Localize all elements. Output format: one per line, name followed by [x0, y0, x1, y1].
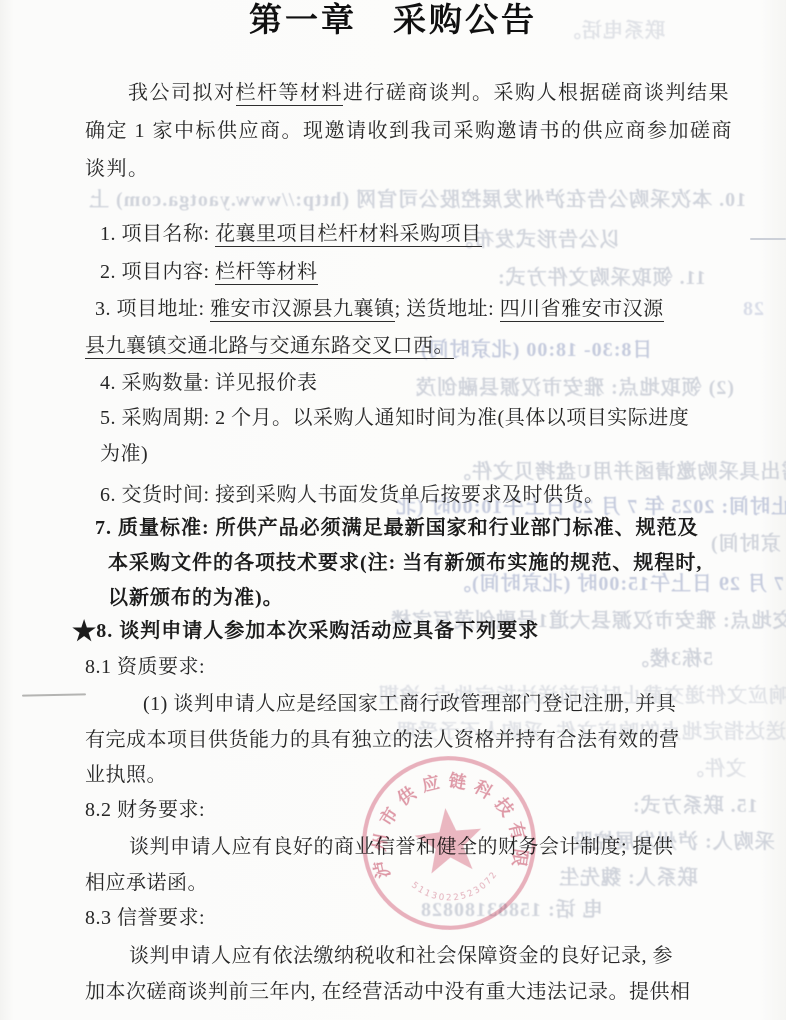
item-requirements-heading: ★8. 谈判申请人参加本次采购活动应具备下列要求 — [72, 618, 539, 644]
bleed-text: 5栋3楼。 — [628, 642, 713, 671]
company-seal-stamp: 泸州市供应链科技有限公司 5113022523072 — [349, 743, 549, 943]
bleed-text: 11. 领取采购文件方式: — [497, 261, 706, 290]
item-quality-line-3: 以新颁布的为准)。 — [108, 585, 284, 611]
item-project-content: 2. 项目内容: 栏杆等材料 — [100, 259, 318, 285]
underlined-project-content: 栏杆等材料 — [215, 261, 318, 285]
bleed-text: (2) 领取地点: 雅安市汉源县融创茂 — [415, 371, 734, 400]
section-8-3-line-2: 加本次磋商谈判前三年内, 在经营活动中没有重大违法记录。提供相 — [85, 979, 691, 1005]
item-quantity: 4. 采购数量: 详见报价表 — [100, 370, 318, 396]
underlined-project-name: 花襄里项目栏杆材料采购项目 — [215, 223, 482, 247]
section-8-1-line-2: 有完成本项目供货能力的具有独立的法人资格并持有合法有效的营 — [85, 727, 680, 753]
scanned-document-page: 联系电话。 10. 本次采购公告在泸州发展控股公司官网 (http://www.… — [0, 0, 786, 1020]
underlined-delivery-address: 四川省雅安市汉源 — [500, 298, 664, 322]
scan-artifact-line — [22, 693, 86, 696]
section-8-2-line-2: 相应承诺函。 — [85, 870, 208, 896]
underlined-project-address: 雅安市汉源县九襄镇 — [210, 298, 395, 322]
item-period-cont: 为准) — [100, 441, 148, 467]
star-icon: ★ — [72, 616, 96, 646]
section-8-3-line-1: 谈判申请人应有依法缴纳税收和社会保障资金的良好记录, 参 — [129, 943, 673, 969]
section-8-1-line-1: (1) 谈判申请人应是经国家工商行政管理部门登记注册, 并具 — [143, 691, 676, 717]
underlined-material: 栏杆等材料 — [236, 82, 344, 106]
bleed-text: 日8:30- 18:00 (北京时间) — [420, 333, 652, 362]
scan-artifact-line — [750, 238, 786, 240]
intro-line-1: 我公司拟对栏杆等材料进行磋商谈判。采购人根据磋商谈判结果 — [128, 80, 730, 106]
seal-serial-number: 5113022523072 — [408, 868, 503, 908]
item-period: 5. 采购周期: 2 个月。以采购人通知时间为准(具体以项目实际进度 — [100, 405, 689, 431]
intro-line-2: 确定 1 家中标供应商。现邀请收到我司采购邀请书的供应商参加磋商 — [85, 118, 733, 144]
item-quality-line-2: 本采购文件的各项技术要求(注: 当有新颁布实施的规范、规程时, — [108, 550, 702, 576]
seal-arc-text: 泸州市供应链科技有限公司 — [349, 743, 534, 894]
section-8-1-heading: 8.1 资质要求: — [85, 654, 205, 680]
item-project-address: 3. 项目地址: 雅安市汉源县九襄镇; 送货地址: 四川省雅安市汉源 — [95, 296, 664, 322]
underlined-delivery-address-cont: 县九襄镇交通北路与交通东路交叉口西。 — [85, 335, 454, 359]
item-quality-line-1: 7. 质量标准: 所供产品必须满足最新国家和行业部门标准、规范及 — [95, 515, 699, 541]
page-title: 第一章 采购公告 — [0, 8, 786, 34]
seal-star-icon — [412, 805, 485, 875]
item-project-address-cont: 县九襄镇交通北路与交通东路交叉口西。 — [85, 333, 454, 359]
item-delivery-time: 6. 交货时间: 接到采购人书面发货单后按要求及时供货。 — [100, 482, 605, 508]
section-8-2-heading: 8.2 财务要求: — [85, 797, 205, 823]
bleed-text: 联系人: 魏先生 — [558, 861, 698, 890]
bleed-text: 28 — [742, 298, 764, 321]
bleed-text: 文件。 — [683, 752, 746, 781]
section-8-1-line-3: 业执照。 — [85, 762, 167, 788]
bleed-text: (3) 领取时需出具采购邀请函并用U盘拷贝文件。 — [450, 455, 786, 484]
intro-line-3: 谈判。 — [85, 156, 150, 182]
section-8-3-heading: 8.3 信誉要求: — [85, 905, 205, 931]
bleed-text: 15. 联系方式: — [632, 789, 758, 818]
item-project-name: 1. 项目名称: 花襄里项目栏杆材料采购项目 — [100, 221, 482, 247]
bleed-text: 京时间) — [710, 527, 781, 556]
bleed-text: 10. 本次采购公告在泸州发展控股公司官网 (http://www.yaotga… — [88, 183, 746, 212]
